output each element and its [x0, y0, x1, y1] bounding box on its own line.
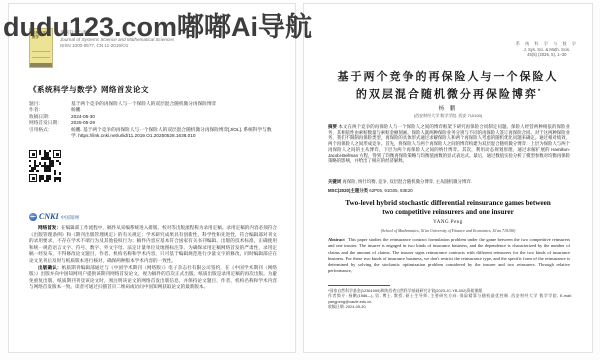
english-affiliation: (School of Mathematics, Xi'an University…: [304, 228, 592, 233]
footnote-received: 收稿日期: 2024-05-30: [328, 304, 572, 309]
running-head-cn: 系 统 科 学 与 数 学: [516, 41, 578, 47]
online-first-paragraph: 网络首发：在编辑部工作流程中，稿件从采编系统进入排版、校对等出版流程称为录用定稿…: [29, 225, 277, 265]
abstract-cn: 摘要 本文在两个竞争的再保险人与一个保险人之间的博弈框架下研究再保险合同制定问题…: [328, 124, 570, 174]
paper-title-line2: 的双层混合随机微分再保险博弈*: [304, 85, 592, 103]
paper-title-line2-text: 的双层混合随机微分再保险博弈: [356, 89, 538, 101]
citation-with-url: 杨鹏. 基于两个竞争的再保险人与一个保险人的双层混合随机微分再保险博弈[J/OL…: [71, 127, 277, 140]
qr-code: [29, 150, 61, 182]
msc-line: MSC(2020)主题分类 62P05, 91G05, 93E20: [328, 188, 570, 194]
publication-confirm-paragraph: 出版确认：纸质期刊编辑部通过与《中国学术期刊（网络版）》电子杂志社有限公司签约，…: [29, 265, 277, 291]
english-title-line1: Two-level hybrid stochastic differential…: [304, 199, 592, 208]
footnote-rule: [328, 285, 390, 286]
online-first-text: 在编辑部工作流程中，稿件从采编系统进入排版、校对等出版流程称为录用定稿。录用定稿…: [29, 225, 277, 263]
first-release-disclaimer: 网络首发：在编辑部工作流程中，稿件从采编系统进入排版、校对等出版流程称为录用定稿…: [29, 225, 277, 329]
author-name: 杨 鹏: [304, 104, 592, 112]
meta-label: 引用格式：: [29, 127, 71, 140]
footnotes: *国家自然科学基金(12361095)和陕西省自然科学基础研究计划(2023-J…: [328, 288, 572, 310]
cnki-logo-cn-text: 中国知网: [61, 215, 79, 221]
cover-divider: [32, 57, 50, 58]
journal-running-head: 系 统 科 学 与 数 学 J. Sys. Sci. & Math. Scis.…: [516, 41, 578, 58]
keywords-line: 关键词 再保险, 纳什均衡, 竞争, 双层混合随机微分博弈, 主从随机微分博弈.: [328, 179, 570, 185]
keywords-text: 再保险, 纳什均衡, 竞争, 双层混合随机微分博弈, 主从随机微分博弈.: [342, 179, 472, 184]
english-abstract-text: This paper studies the reinsurance contr…: [328, 237, 570, 273]
qr-finder-icon: [29, 174, 37, 182]
qr-finder-icon: [53, 150, 61, 158]
msc-label: MSC(2020)主题分类: [328, 188, 368, 193]
abstract-en: Abstract This paper studies the reinsura…: [328, 237, 570, 284]
meta-row-citation: 引用格式： 杨鹏. 基于两个竞争的再保险人与一个保险人的双层混合随机微分再保险博…: [29, 127, 277, 140]
online-first-label: 网络首发：: [38, 225, 61, 230]
abstract-text: 本文在两个竞争的再保险人与一个保险人之间的博弈框架下研究再保险合同制定问题。保险…: [328, 124, 570, 163]
site-watermark: dudu123.com嘟嘟Ai导航: [3, 5, 312, 44]
running-head-issue: 45(5) (2025, 5), 1–30: [516, 52, 578, 58]
qr-finder-icon: [29, 150, 37, 158]
globe-icon: [29, 213, 37, 221]
title-asterisk: *: [538, 89, 540, 95]
paper-first-page: 系 统 科 学 与 数 学 J. Sys. Sci. & Math. Scis.…: [303, 3, 593, 353]
journal-issn: ISSN 1000-0577, CN 11-2019/O1: [60, 43, 174, 50]
cover-bottom-band: [30, 63, 52, 67]
cover-divider: [32, 51, 50, 52]
publication-confirm-text: 纸质期刊编辑部通过与《中国学术期刊（网络版）》电子杂志社有限公司签约，在《中国学…: [29, 265, 277, 290]
cnki-logo: CNKI 中国知网: [29, 213, 79, 221]
english-title: Two-level hybrid stochastic differential…: [304, 199, 592, 217]
msc-value: 62P05, 91G05, 93E20: [369, 188, 412, 193]
abstract-label: 摘要: [328, 124, 337, 129]
english-title-line2: two competitive reinsurers and one insur…: [304, 208, 592, 217]
author-affiliation: (西安财经大学 数学学院, 西安 710100): [304, 113, 592, 119]
cnki-logo-text: CNKI: [39, 213, 59, 221]
paper-meta-list: 题目： 基于两个竞争的再保险人与一个保险人的双层混合随机微分再保险博弈 作者： …: [29, 101, 277, 139]
paper-title-line1: 基于两个竞争的再保险人与一个保险人: [304, 70, 592, 85]
cnki-cover-page: 系统科学与数学 系统科学与数学 Journal of Systems Scien…: [8, 3, 296, 353]
english-author: YANG Peng: [304, 220, 592, 225]
paper-title: 基于两个竞争的再保险人与一个保险人 的双层混合随机微分再保险博弈*: [304, 70, 592, 103]
first-release-heading: 《系统科学与数学》网络首发论文: [29, 84, 149, 95]
publication-confirm-label: 出版确认：: [38, 265, 62, 270]
english-abstract-label: Abstract: [328, 237, 345, 242]
keywords-label: 关键词: [328, 179, 341, 184]
footnote-bio: 作者简介: 杨鹏(1986—), 男, 博士, 教授, 硕士生导师, 主要研究方…: [328, 293, 572, 304]
